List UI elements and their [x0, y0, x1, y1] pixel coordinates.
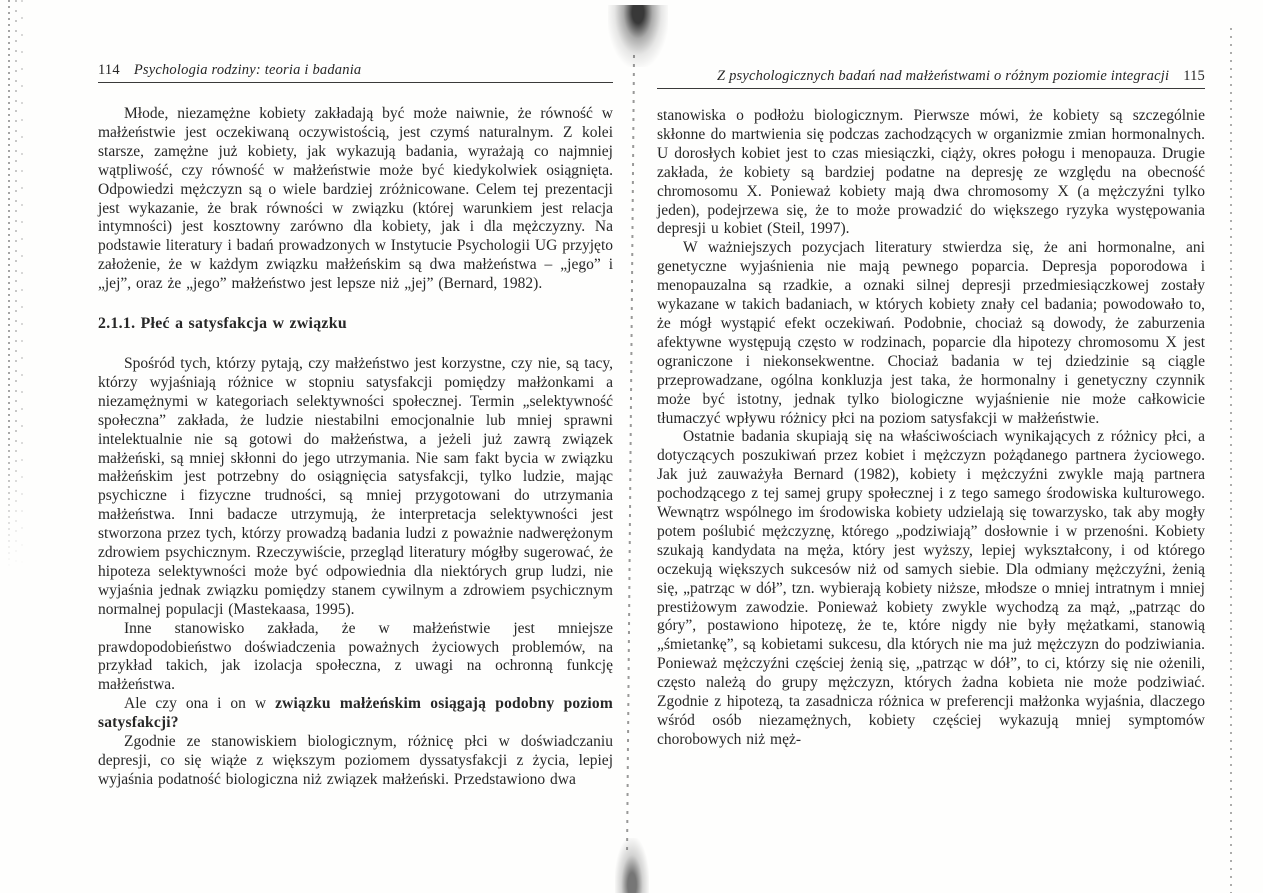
right-page-number: 115: [1183, 68, 1205, 85]
paragraph-lead-text: Ale czy ona i on w: [124, 695, 275, 712]
paragraph: Ostatnie badania skupiają się na właściw…: [657, 428, 1205, 749]
left-page-edge-artifact: [5, 0, 27, 570]
left-running-title: Psychologia rodziny: teoria i badania: [134, 62, 362, 79]
gutter-bottom-shadow: [615, 838, 649, 893]
scanned-book-spread: 114 Psychologia rodziny: teoria i badani…: [0, 0, 1263, 893]
gutter-fold-line: [626, 55, 635, 855]
right-running-title: Z psychologicznych badań nad małżeństwam…: [717, 68, 1169, 85]
right-running-head: Z psychologicznych badań nad małżeństwam…: [657, 68, 1205, 89]
paragraph-with-emphasis: Ale czy ona i on w związku małżeńskim os…: [98, 695, 613, 733]
left-page-number: 114: [98, 62, 120, 79]
right-page: Z psychologicznych badań nad małżeństwam…: [657, 0, 1205, 750]
right-page-edge-artifact: [1230, 28, 1232, 893]
section-heading: 2.1.1. Płeć a satysfakcja w związku: [98, 315, 613, 334]
paragraph: W ważniejszych pozycjach literatury stwi…: [657, 239, 1205, 428]
paragraph: Spośród tych, którzy pytają, czy małżeńs…: [98, 355, 613, 620]
right-page-body: stanowiska o podłożu biologicznym. Pierw…: [657, 107, 1205, 750]
paragraph: Młode, niezamężne kobiety zakładają być …: [98, 105, 613, 294]
left-page: 114 Psychologia rodziny: teoria i badani…: [98, 0, 613, 790]
paragraph: Inne stanowisko zakłada, że w małżeństwi…: [98, 620, 613, 696]
left-running-head: 114 Psychologia rodziny: teoria i badani…: [98, 62, 613, 83]
paragraph: Zgodnie ze stanowiskiem biologicznym, ró…: [98, 733, 613, 790]
paragraph: stanowiska o podłożu biologicznym. Pierw…: [657, 107, 1205, 239]
left-page-body: Młode, niezamężne kobiety zakładają być …: [98, 105, 613, 790]
